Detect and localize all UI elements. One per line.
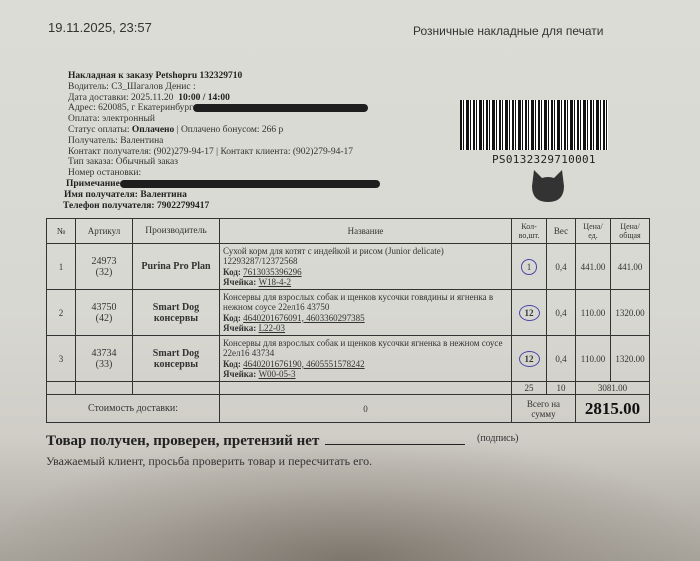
col-weight: Вес <box>547 219 576 244</box>
table-row: 1 24973(32) Purina Pro Plan Сухой корм д… <box>47 244 650 290</box>
total-qty: 25 <box>512 382 547 395</box>
row-num: 1 <box>47 244 76 290</box>
recipient-line: Получатель: Валентина <box>68 136 380 147</box>
row-unit-price: 441.00 <box>576 244 611 290</box>
row-article: 43734(33) <box>76 336 133 382</box>
total-weight: 10 <box>547 382 576 395</box>
row-unit-price: 110.00 <box>576 336 611 382</box>
row-name: Сухой корм для котят с индейкой и рисом … <box>220 244 512 290</box>
signature-line <box>325 444 465 445</box>
row-manufacturer: Smart Dog консервы <box>133 290 220 336</box>
col-num: № <box>47 219 76 244</box>
row-name: Консервы для взрослых собак и щенков кус… <box>220 290 512 336</box>
note-line: Примечание <box>66 179 380 190</box>
order-type-line: Тип заказа: Обычный заказ <box>68 157 380 168</box>
cat-logo-icon <box>530 168 566 204</box>
row-num: 2 <box>47 290 76 336</box>
invoice-table: № Артикул Производитель Название Кол-во,… <box>46 218 650 423</box>
col-unit-price: Цена/ ед. <box>576 219 611 244</box>
driver-line: Водитель: С3_Шагалов Денис : <box>68 82 380 93</box>
row-article: 24973(32) <box>76 244 133 290</box>
row-qty: 12 <box>512 336 547 382</box>
row-qty: 12 <box>512 290 547 336</box>
signature-label: (подпись) <box>477 433 519 444</box>
delivery-cost-label: Стоимость доставки: <box>47 395 220 423</box>
redaction <box>193 104 368 112</box>
table-row: 3 43734(33) Smart Dog консервы Консервы … <box>47 336 650 382</box>
row-weight: 0,4 <box>547 336 576 382</box>
col-name: Название <box>220 219 512 244</box>
row-manufacturer: Smart Dog консервы <box>133 336 220 382</box>
row-total-price: 441.00 <box>611 244 650 290</box>
row-qty: 1 <box>512 244 547 290</box>
col-qty: Кол-во,шт. <box>512 219 547 244</box>
delivery-cost-value: 0 <box>220 395 512 423</box>
stop-number-line: Номер остановки: <box>68 168 380 179</box>
contacts-line: Контакт получателя: (902)279-94-17 | Кон… <box>68 147 380 158</box>
row-article: 43750(42) <box>76 290 133 336</box>
barcode-number: PS0132329710001 <box>492 153 596 166</box>
col-manufacturer: Производитель <box>133 219 220 244</box>
payment-line: Оплата: электронный <box>68 114 380 125</box>
grand-total-row: Стоимость доставки: 0 Всего на сумму 281… <box>47 395 650 423</box>
row-weight: 0,4 <box>547 290 576 336</box>
print-datetime: 19.11.2025, 23:57 <box>48 20 152 35</box>
address-line: Адрес: 620085, г Екатеринбург <box>68 103 380 114</box>
total-sum: 3081.00 <box>576 382 650 395</box>
barcode <box>460 100 608 150</box>
table-header-row: № Артикул Производитель Название Кол-во,… <box>47 219 650 244</box>
row-total-price: 1320.00 <box>611 336 650 382</box>
recipient-phone-line: Телефон получателя: 79022799417 <box>63 201 380 212</box>
row-manufacturer: Purina Pro Plan <box>133 244 220 290</box>
delivery-date-line: Дата доставки: 2025.11.20 10:00 / 14:00 <box>68 93 380 104</box>
row-num: 3 <box>47 336 76 382</box>
totals-row: 25 10 3081.00 <box>47 382 650 395</box>
row-name: Консервы для взрослых собак и щенков кус… <box>220 336 512 382</box>
payment-status-line: Статус оплаты: Оплачено | Оплачено бонус… <box>68 125 380 136</box>
invoice-info: Накладная к заказу Petshopru 132329710 В… <box>68 71 380 211</box>
col-total-price: Цена/ общая <box>611 219 650 244</box>
row-unit-price: 110.00 <box>576 290 611 336</box>
invoice-title: Накладная к заказу Petshopru 132329710 <box>68 71 380 82</box>
print-page-title: Розничные накладные для печати <box>413 24 603 38</box>
grand-total-value: 2815.00 <box>576 395 650 423</box>
recipient-name-line: Имя получателя: Валентина <box>64 190 380 201</box>
col-article: Артикул <box>76 219 133 244</box>
redaction <box>120 180 380 188</box>
row-total-price: 1320.00 <box>611 290 650 336</box>
grand-total-label: Всего на сумму <box>512 395 576 423</box>
row-weight: 0,4 <box>547 244 576 290</box>
customer-note: Уважаемый клиент, просьба проверить това… <box>46 454 372 469</box>
received-statement: Товар получен, проверен, претензий нет <box>46 433 465 450</box>
table-row: 2 43750(42) Smart Dog консервы Консервы … <box>47 290 650 336</box>
